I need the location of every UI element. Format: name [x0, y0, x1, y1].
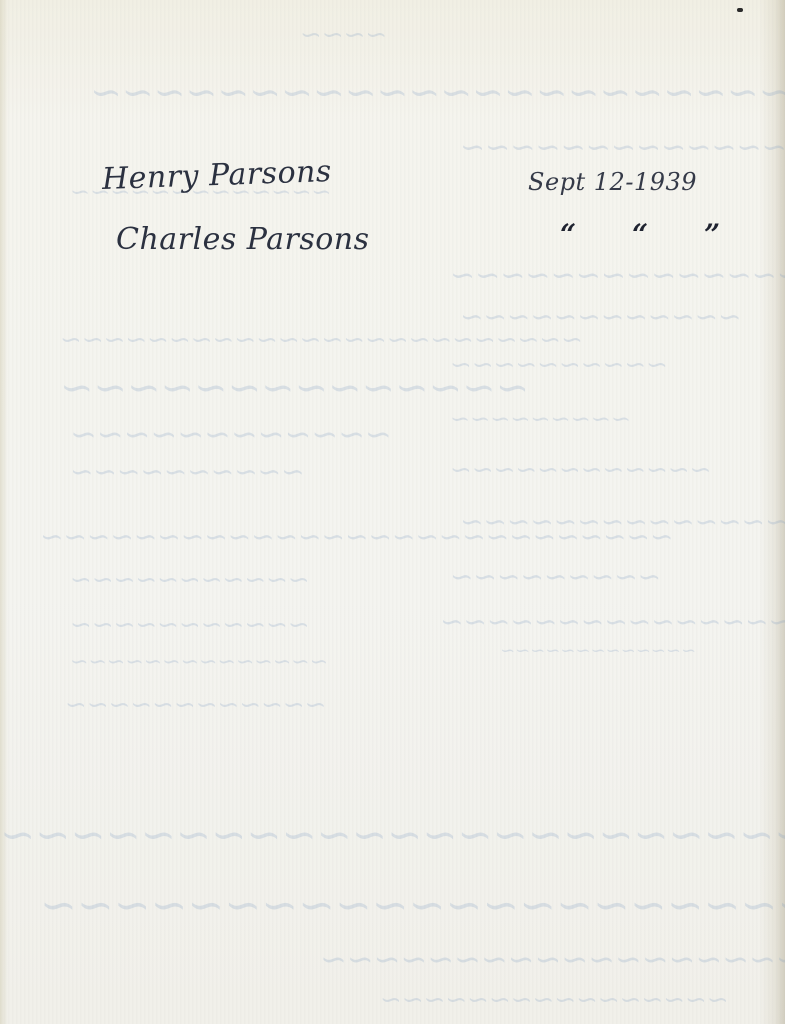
bleed-through-mark: ~~~~~~~~~~ [70, 455, 305, 488]
bleed-through-mark: ~~~~~~~~~~~ [70, 565, 310, 595]
page-edge-shadow [0, 0, 8, 1024]
ditto-marks: ““” [560, 218, 776, 251]
visit-date: Sept 12-1939 [528, 168, 697, 196]
bleed-through-mark: ~~~~~~~~~~~~ [65, 690, 326, 720]
bleed-through-mark: ~~~~~~~~~~~~~~~~ [380, 985, 729, 1015]
bleed-through-mark: ~~~~~~~~~~~~~~~~~~~~~~~~~ [90, 70, 785, 114]
ink-speck [737, 8, 743, 12]
paper-texture [0, 0, 785, 1024]
bleed-through-mark: ~~~~~~~~~~~~~~ [70, 650, 328, 675]
bleed-through-mark: ~~~~ [300, 20, 387, 50]
ditto-mark: ” [704, 218, 776, 251]
ditto-mark: “ [632, 218, 704, 251]
guest-name: Charles Parsons [116, 222, 370, 257]
bleed-through-mark: ~~~~~~~~~ [450, 560, 661, 593]
bleed-through-mark: ~~~~~~~~~~~~~~~~~~~~~~~~~~~~~~~ [0, 810, 785, 859]
bleed-through-mark: ~~~~~~~~~~~~~~ [450, 258, 785, 293]
bleed-through-mark: ~~~~~~~~~~~~~~~~~~~~~~~~~~~~~ [40, 880, 785, 931]
bleed-through-mark: ~~~~~~~~~~~~~~ [460, 130, 785, 165]
register-page: ~~~~ ~~~~~~~~~~~~~~~~~~~~~~~~~ ~~~~~~~~~… [0, 0, 785, 1024]
bleed-through-mark: ~~~~~~~~~~~~~ [500, 640, 696, 661]
bleed-through-mark: ~~~~~~~~~~~~~~~~~~~~~~~~ [60, 325, 583, 355]
bleed-through-mark: ~~~~~~~~~~~~ [460, 300, 742, 333]
bleed-through-mark: ~~~~~~~~~~~~~~ [460, 505, 785, 538]
bleed-through-mark: ~~~~~~~~~~~ [70, 610, 310, 640]
bleed-through-mark: ~~~~~~~~~~~~~~~~~~~~~~~~~~~ [40, 520, 673, 553]
bleed-through-mark: ~~~~~~~~~~~~~~~ [440, 605, 785, 638]
bleed-through-mark: ~~~~~~~~~ [450, 405, 631, 433]
bleed-through-mark: ~~~~~~~~~~~~ [450, 455, 711, 485]
bleed-through-mark: ~~~~~~~~~~~~ [70, 415, 392, 453]
bleed-through-mark: ~~~~~~~~~~~~~~ [60, 365, 529, 411]
ditto-mark: “ [560, 218, 632, 251]
bleed-through-mark: ~~~~~~~~~~~~~~~~~~ [320, 940, 785, 978]
guest-name: Henry Parsons [101, 154, 332, 197]
bleed-through-mark: ~~~~~~~~~~ [450, 350, 668, 380]
